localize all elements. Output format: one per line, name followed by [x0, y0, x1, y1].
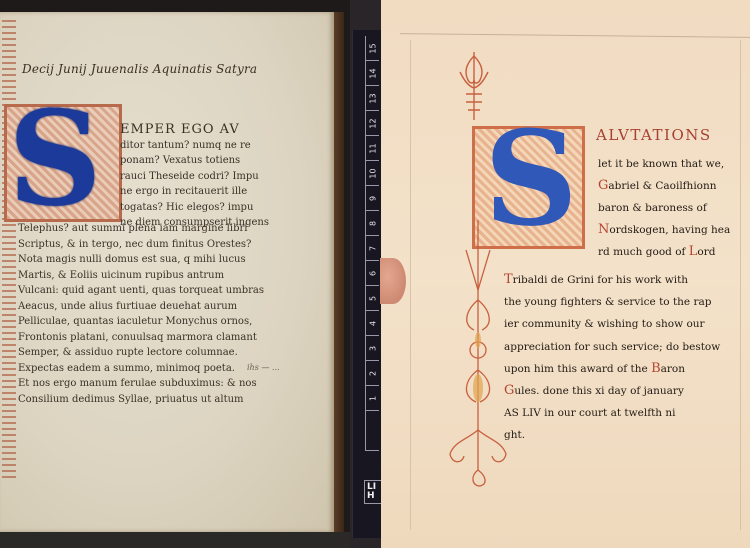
text-line: Frontonis platani, conuulsaq marmora cla… — [18, 330, 264, 346]
ruler-number: 6 — [369, 267, 378, 281]
ruler-tick — [365, 411, 379, 451]
scroll-line: appreciation for such service; do bestow — [504, 336, 720, 358]
left-page-edge — [334, 12, 344, 532]
ruler-number: 4 — [369, 317, 378, 331]
ruler-number: 14 — [369, 67, 378, 81]
ruler-number: 2 — [369, 367, 378, 381]
red-capital: T — [504, 272, 513, 287]
line-text: ier community & wishing to show our — [504, 318, 705, 330]
ruler-number: 8 — [369, 217, 378, 231]
text-line: rauci Theseide codri? Impu — [120, 169, 269, 185]
ruler-number: 5 — [369, 292, 378, 306]
red-capital: G — [504, 383, 514, 398]
measuring-ruler: 15 14 13 12 11 10 9 8 7 6 5 4 3 2 1 — [352, 30, 381, 538]
text-line: togatas? Hic elegos? impu — [120, 200, 269, 216]
text-line: Telephus? aut summi plena iam margine li… — [18, 221, 264, 237]
line-text: ordskogen, having hea — [609, 224, 730, 236]
line-text: appreciation for such service; do bestow — [504, 341, 720, 353]
red-capital: G — [598, 178, 608, 193]
text-line: Scriptus, & in tergo, nec dum finitus Or… — [18, 237, 264, 253]
text-line: ponam? Vexatus totiens — [120, 153, 269, 169]
scroll-line: Gabriel & Caoilfhionn — [598, 175, 730, 197]
scroll-line: the young fighters & service to the rap — [504, 291, 720, 313]
red-capital: B — [651, 361, 661, 376]
text-line: Semper, & assiduo rupte lectore columnae… — [18, 345, 264, 361]
line-text: ord — [697, 246, 715, 258]
left-text-body: Telephus? aut summi plena iam margine li… — [18, 221, 264, 407]
pencil-margin-right — [740, 40, 741, 530]
scroll-line: baron & baroness of — [598, 197, 730, 219]
line-text: let it be known that we, — [598, 158, 724, 170]
text-line: Expectas eadem a summo, minimoq poeta. — [18, 361, 264, 377]
line-text: baron & baroness of — [598, 202, 707, 214]
scroll-text-body: Tribaldi de Grini for his work with the … — [504, 269, 720, 447]
ruler-number: 15 — [369, 42, 378, 56]
scroll-line: Tribaldi de Grini for his work with — [504, 269, 720, 291]
left-book-base — [0, 532, 350, 548]
ruler-number: 13 — [369, 92, 378, 106]
text-line: Consilium dedimus Syllae, priuatus ut al… — [18, 392, 264, 408]
scroll-line: upon him this award of the Baron — [504, 358, 720, 380]
salutation-title: ALVTATIONS — [596, 126, 712, 144]
ruler-number: 9 — [369, 192, 378, 206]
scroll-line: AS LIV in our court at twelfth ni — [504, 402, 720, 424]
photo-scene: Decij Junij Juuenalis Aquinatis Satyra S… — [0, 0, 750, 548]
manuscript-heading: Decij Junij Juuenalis Aquinatis Satyra — [22, 62, 257, 76]
line-text: ules. done this xi day of january — [514, 385, 684, 397]
left-text-beside-initial: EMPER EGO AV ditor tantum? numq ne re po… — [120, 122, 269, 231]
line-text: the young fighters & service to the rap — [504, 296, 711, 308]
text-line: Vulcani: quid agant uenti, quas torqueat… — [18, 283, 264, 299]
text-line: ne ergo in recitauerit ille — [120, 184, 269, 200]
opening-caps: EMPER EGO AV — [120, 122, 269, 138]
text-line: Martis, & Eoliis uicinum rupibus antrum — [18, 268, 264, 284]
text-line: Pelliculae, quantas iaculetur Monychus o… — [18, 314, 264, 330]
text-line: Et nos ergo manum ferulae subduximus: & … — [18, 376, 264, 392]
ruler-number: 3 — [369, 342, 378, 356]
scroll-line: ier community & wishing to show our — [504, 313, 720, 335]
margin-annotation: ihs — ... — [247, 363, 280, 372]
scroll-line: Nordskogen, having hea — [598, 219, 730, 241]
line-text: aron — [661, 363, 685, 375]
line-text: abriel & Caoilfhionn — [608, 180, 716, 192]
text-line: ditor tantum? numq ne re — [120, 138, 269, 154]
scroll-line: ght. — [504, 424, 720, 446]
illuminated-initial-left: S — [8, 94, 102, 224]
line-text: AS LIV in our court at twelfth ni — [504, 407, 676, 419]
scroll-line: let it be known that we, — [598, 153, 730, 175]
ruler-number: 10 — [369, 167, 378, 181]
holding-thumb — [380, 258, 406, 304]
scroll-line: Gules. done this xi day of january — [504, 380, 720, 402]
ruler-number: 12 — [369, 117, 378, 131]
red-capital: N — [598, 222, 609, 237]
ruler-number: 11 — [369, 142, 378, 156]
text-line: Nota magis nulli domus est sua, q mihi l… — [18, 252, 264, 268]
line-text: ght. — [504, 429, 525, 441]
ruler-number: 7 — [369, 242, 378, 256]
floral-vine-icon — [448, 220, 508, 490]
scroll-line: rd much good of Lord — [598, 241, 730, 263]
scroll-text-beside-initial: let it be known that we, Gabriel & Caoil… — [598, 153, 730, 263]
line-pre: upon him this award of the — [504, 363, 651, 375]
line-pre: rd much good of — [598, 246, 689, 258]
text-line: Aeacus, unde alius furtiuae deuehat auru… — [18, 299, 264, 315]
ruler-number: 1 — [369, 392, 378, 406]
line-text: ribaldi de Grini for his work with — [513, 274, 688, 286]
pencil-margin-left — [410, 40, 411, 530]
